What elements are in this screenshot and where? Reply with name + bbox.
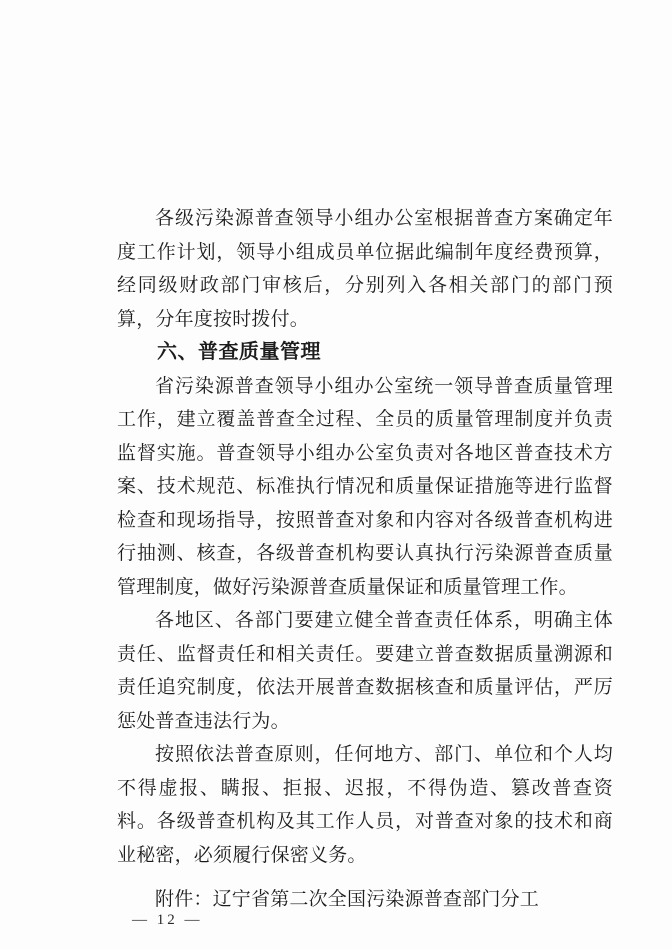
section-heading-quality-management: 六、普查质量管理 <box>117 336 613 370</box>
page-number: — 12 — <box>132 912 203 929</box>
paragraph-responsibility-system: 各地区、各部门要建立健全普查责任体系，明确主体责任、监督责任和相关责任。要建立普… <box>117 604 613 738</box>
document-page: 各级污染源普查领导小组办公室根据普查方案确定年度工作计划，领导小组成员单位据此编… <box>0 0 672 950</box>
paragraph-funding: 各级污染源普查领导小组办公室根据普查方案确定年度工作计划，领导小组成员单位据此编… <box>117 202 613 336</box>
paragraph-quality-leadership: 省污染源普查领导小组办公室统一领导普查质量管理工作，建立覆盖普查全过程、全员的质… <box>117 370 613 605</box>
paragraph-lawful-census: 按照依法普查原则，任何地方、部门、单位和个人均不得虚报、瞒报、拒报、迟报，不得伪… <box>117 738 613 872</box>
document-body: 各级污染源普查领导小组办公室根据普查方案确定年度工作计划，领导小组成员单位据此编… <box>117 202 613 917</box>
